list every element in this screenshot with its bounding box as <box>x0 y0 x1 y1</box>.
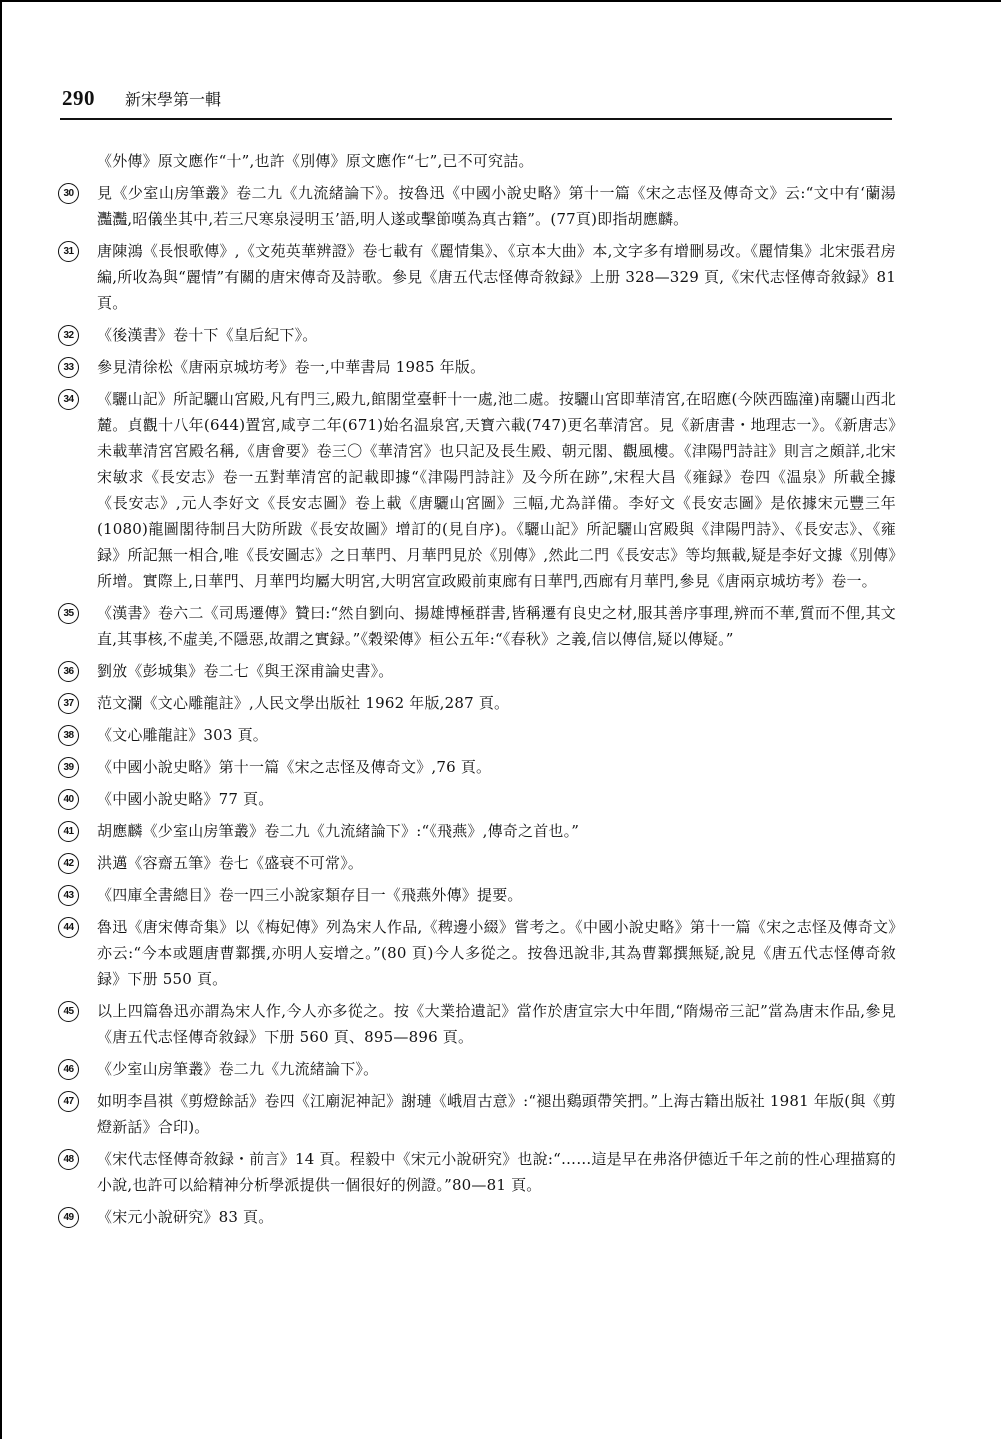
endnote-text: 《中國小說史略》第十一篇《宋之志怪及傳奇文》,76 頁。 <box>97 754 896 780</box>
endnote-36: 36 劉攽《彭城集》卷二七《與王深甫論史書》。 <box>56 658 896 684</box>
page-border-top <box>0 0 1001 2</box>
endnote-number-circle: 36 <box>58 661 79 682</box>
endnote-39: 39 《中國小說史略》第十一篇《宋之志怪及傳奇文》,76 頁。 <box>56 754 896 780</box>
endnote-text: 《中國小說史略》77 頁。 <box>97 786 896 812</box>
endnote-text: 《文心雕龍註》303 頁。 <box>97 722 896 748</box>
endnote-text: 《驪山記》所記驪山宮殿,凡有門三,殿九,館閣堂臺軒十一處,池二處。按驪山宮即華清… <box>97 386 896 594</box>
endnote-continued: 《外傳》原文應作“十”,也許《別傳》原文應作“七”,已不可究詰。 <box>56 148 896 174</box>
endnote-46: 46 《少室山房筆叢》卷二九《九流緒論下》。 <box>56 1056 896 1082</box>
endnote-41: 41 胡應麟《少室山房筆叢》卷二九《九流緒論下》:“《飛燕》,傳奇之首也。” <box>56 818 896 844</box>
endnote-text: 《宋代志怪傳奇敘録・前言》14 頁。程毅中《宋元小說研究》也說:“……這是早在弗… <box>97 1146 896 1198</box>
endnote-37: 37 范文瀾《文心雕龍註》,人民文學出版社 1962 年版,287 頁。 <box>56 690 896 716</box>
endnote-number-circle: 38 <box>58 725 79 746</box>
endnote-text: 洪邁《容齋五筆》卷七《盛衰不可常》。 <box>97 850 896 876</box>
endnote-number-circle: 46 <box>58 1059 79 1080</box>
endnote-number-circle: 48 <box>58 1149 79 1170</box>
endnote-45: 45 以上四篇魯迅亦謂為宋人作,今人亦多從之。按《大業拾遺記》當作於唐宣宗大中年… <box>56 998 896 1050</box>
endnote-number-circle: 30 <box>58 183 79 204</box>
endnote-text: 《漢書》卷六二《司馬遷傳》贊曰:“然自劉向、揚雄博極群書,皆稱遷有良史之材,服其… <box>97 600 896 652</box>
endnote-number-circle: 49 <box>58 1207 79 1228</box>
endnote-43: 43 《四庫全書總目》卷一四三小說家類存目一《飛燕外傳》提要。 <box>56 882 896 908</box>
endnote-number-circle: 31 <box>58 241 79 262</box>
endnote-number-circle: 33 <box>58 357 79 378</box>
page-border-left <box>0 0 2 1439</box>
endnote-text: 見《少室山房筆叢》卷二九《九流緒論下》。按魯迅《中國小說史略》第十一篇《宋之志怪… <box>97 180 896 232</box>
endnote-35: 35 《漢書》卷六二《司馬遷傳》贊曰:“然自劉向、揚雄博極群書,皆稱遷有良史之材… <box>56 600 896 652</box>
endnote-text: 《宋元小說研究》83 頁。 <box>97 1204 896 1230</box>
endnote-text: 《四庫全書總目》卷一四三小說家類存目一《飛燕外傳》提要。 <box>97 882 896 908</box>
endnote-text: 魯迅《唐宋傳奇集》以《梅妃傳》列為宋人作品,《稗邊小綴》嘗考之。《中國小說史略》… <box>97 914 896 992</box>
endnote-text: 《少室山房筆叢》卷二九《九流緒論下》。 <box>97 1056 896 1082</box>
endnote-38: 38 《文心雕龍註》303 頁。 <box>56 722 896 748</box>
endnote-number-circle: 39 <box>58 757 79 778</box>
running-head: 290 新宋學第一輯 <box>62 86 221 116</box>
endnote-text: 范文瀾《文心雕龍註》,人民文學出版社 1962 年版,287 頁。 <box>97 690 896 716</box>
endnote-text: 參見清徐松《唐兩京城坊考》卷一,中華書局 1985 年版。 <box>97 354 896 380</box>
endnote-text: 以上四篇魯迅亦謂為宋人作,今人亦多從之。按《大業拾遺記》當作於唐宣宗大中年間,“… <box>97 998 896 1050</box>
page-number: 290 <box>62 86 95 111</box>
endnote-34: 34 《驪山記》所記驪山宮殿,凡有門三,殿九,館閣堂臺軒十一處,池二處。按驪山宮… <box>56 386 896 594</box>
endnote-number-circle: 41 <box>58 821 79 842</box>
endnote-49: 49 《宋元小說研究》83 頁。 <box>56 1204 896 1230</box>
header-rule <box>60 118 892 120</box>
endnote-40: 40 《中國小說史略》77 頁。 <box>56 786 896 812</box>
endnote-number-circle: 47 <box>58 1091 79 1112</box>
endnote-number-circle: 45 <box>58 1001 79 1022</box>
endnote-number-circle: 42 <box>58 853 79 874</box>
endnote-33: 33 參見清徐松《唐兩京城坊考》卷一,中華書局 1985 年版。 <box>56 354 896 380</box>
endnote-number-circle: 35 <box>58 603 79 624</box>
endnote-text: 劉攽《彭城集》卷二七《與王深甫論史書》。 <box>97 658 896 684</box>
endnote-48: 48 《宋代志怪傳奇敘録・前言》14 頁。程毅中《宋元小說研究》也說:“……這是… <box>56 1146 896 1198</box>
endnote-31: 31 唐陳鴻《長恨歌傳》,《文苑英華辨證》卷七載有《麗情集》、《京本大曲》本,文… <box>56 238 896 316</box>
endnote-44: 44 魯迅《唐宋傳奇集》以《梅妃傳》列為宋人作品,《稗邊小綴》嘗考之。《中國小說… <box>56 914 896 992</box>
endnote-number-circle: 37 <box>58 693 79 714</box>
endnote-text: 《外傳》原文應作“十”,也許《別傳》原文應作“七”,已不可究詰。 <box>97 148 896 174</box>
endnote-text: 胡應麟《少室山房筆叢》卷二九《九流緒論下》:“《飛燕》,傳奇之首也。” <box>97 818 896 844</box>
endnote-number-circle: 40 <box>58 789 79 810</box>
endnote-32: 32 《後漢書》卷十下《皇后紀下》。 <box>56 322 896 348</box>
endnote-number-circle: 44 <box>58 917 79 938</box>
endnotes-list: 《外傳》原文應作“十”,也許《別傳》原文應作“七”,已不可究詰。 30 見《少室… <box>56 148 896 1236</box>
endnote-30: 30 見《少室山房筆叢》卷二九《九流緒論下》。按魯迅《中國小說史略》第十一篇《宋… <box>56 180 896 232</box>
book-title: 新宋學第一輯 <box>125 87 221 110</box>
endnote-text: 唐陳鴻《長恨歌傳》,《文苑英華辨證》卷七載有《麗情集》、《京本大曲》本,文字多有… <box>97 238 896 316</box>
endnote-42: 42 洪邁《容齋五筆》卷七《盛衰不可常》。 <box>56 850 896 876</box>
endnote-number-circle: 43 <box>58 885 79 906</box>
endnote-text: 《後漢書》卷十下《皇后紀下》。 <box>97 322 896 348</box>
endnote-text: 如明李昌祺《剪燈餘話》卷四《江廟泥神記》謝璉《峨眉古意》:“褪出鷄頭帶笑捫。”上… <box>97 1088 896 1140</box>
endnote-number-circle: 34 <box>58 389 79 410</box>
endnote-number-circle: 32 <box>58 325 79 346</box>
endnote-47: 47 如明李昌祺《剪燈餘話》卷四《江廟泥神記》謝璉《峨眉古意》:“褪出鷄頭帶笑捫… <box>56 1088 896 1140</box>
